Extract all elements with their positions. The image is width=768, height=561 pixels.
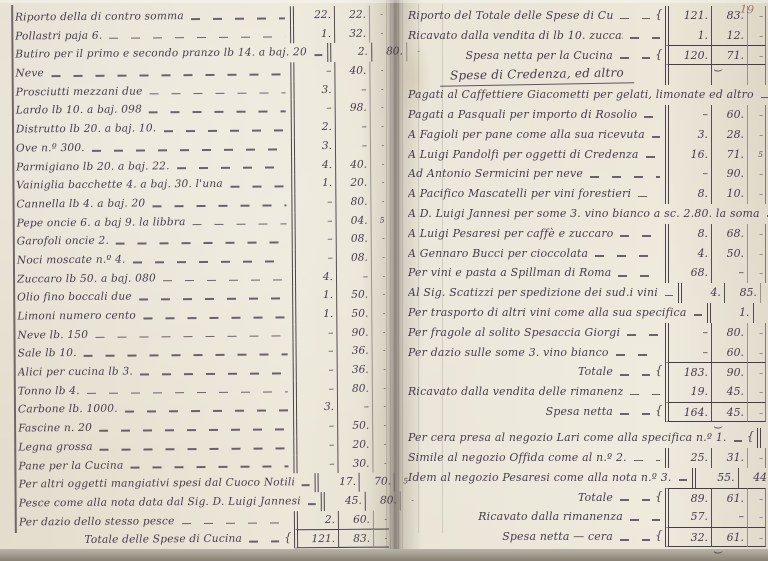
amount-frazione: – — [747, 224, 766, 244]
entry-text: Cannella lb 4. a baj. 20 — [16, 194, 145, 214]
dash-leader — [51, 73, 285, 77]
amount-scudi — [665, 65, 711, 85]
amount-frazione: – — [747, 402, 766, 422]
amount-frazione: - — [370, 192, 386, 211]
amount-scudi: – — [665, 343, 711, 363]
entry-text: Pesce come alla nota data dal Sig. D. Lu… — [19, 492, 301, 513]
dash-leader — [139, 298, 287, 301]
dash-leader — [638, 196, 660, 198]
entry-text: Sale lb 10. — [18, 344, 77, 363]
ledger-row: A Luigi Pesaresi per caffè e zuccaro8.68… — [408, 224, 766, 244]
brace-mark: { — [655, 526, 665, 546]
amount-frazione: – — [747, 6, 766, 26]
amount-frazione: - — [371, 286, 387, 305]
amount-baiocchi: 71. — [711, 145, 747, 165]
amount-baiocchi: – — [337, 398, 372, 417]
entry-text: Noci moscate n.º 4. — [17, 251, 126, 271]
amount-baiocchi: 71. — [711, 46, 747, 66]
dash-leader — [694, 314, 702, 316]
entry-text: Tonno lb 4. — [18, 382, 80, 401]
entry-text: Pagati al Caffettiere Giacometti per gel… — [408, 85, 754, 105]
amount-scudi: – — [291, 99, 335, 118]
dash-leader — [634, 460, 660, 462]
section-heading-text: Spese di Credenza, ed altro — [439, 64, 633, 87]
dash-leader — [620, 235, 660, 237]
ledger-row: Idem al negozio Pesaresi come alla nota … — [408, 468, 766, 488]
ledger-row: Ricavato dalla rimanenza57.–– — [408, 507, 766, 527]
dash-leader — [644, 116, 660, 118]
amount-scudi: 89. — [665, 488, 711, 508]
amount-baiocchi: 20. — [337, 435, 372, 454]
amount-baiocchi: 45. — [711, 382, 747, 402]
entry-text: Neve — [15, 64, 44, 83]
dash-leader — [620, 57, 650, 59]
amount-frazione: – — [747, 105, 766, 125]
amount-frazione: – — [747, 26, 766, 46]
entry-text: Pepe oncie 6. a baj 9. la libbra — [16, 213, 185, 233]
entry-text: Per dazio dello stesso pesce — [19, 512, 175, 532]
dash-leader — [143, 316, 287, 319]
amount-scudi: 1. — [292, 286, 336, 305]
entry-text: Per dazio sulle some 3. vino bianco — [408, 343, 609, 363]
amount-baiocchi: 44. — [738, 468, 768, 488]
brace-mark: { — [655, 45, 665, 65]
scan-top-edge — [0, 0, 768, 3]
amount-frazione: – — [747, 507, 766, 527]
entry-text: Totale — [408, 488, 613, 508]
amount-scudi: – — [665, 323, 711, 343]
amount-scudi: 121. — [294, 529, 338, 548]
amount-frazione: – — [747, 527, 766, 547]
amount-scudi: 164. — [665, 402, 711, 422]
dash-leader — [302, 484, 310, 486]
dash-leader — [109, 36, 285, 39]
ledger-row: Totale delle Spese di Cucina{121.83.- — [19, 529, 389, 551]
dash-leader — [140, 372, 288, 375]
amount-scudi: 1. — [290, 25, 334, 44]
amount-frazione: 5 — [370, 211, 386, 230]
amount-baiocchi: 32. — [334, 24, 369, 43]
entry-text: Neve lb. 150 — [17, 326, 88, 345]
dash-leader — [761, 97, 768, 99]
amount-frazione: - — [371, 230, 387, 249]
amount-scudi: 8. — [665, 224, 711, 244]
dash-leader — [193, 223, 287, 226]
scan-bottom-edge — [0, 549, 768, 561]
entry-text: Riporto del Totale delle Spese di Cucina — [408, 6, 613, 26]
ledger-row: Pagati al Caffettiere Giacometti per gel… — [408, 85, 766, 105]
ledger-row: A Pacifico Mascatelli per vini forestier… — [408, 184, 766, 204]
brace-mark: { — [655, 361, 665, 381]
amount-frazione: 5 — [747, 145, 766, 165]
amount-frazione: - — [370, 99, 386, 118]
ledger-row: Ricavato dalla vendita delle rimanenze19… — [408, 382, 766, 402]
entry-text: Limoni numero cento — [17, 307, 136, 327]
amount-scudi: 8. — [665, 184, 711, 204]
entry-text: Parmigiano lb 20. a baj. 22. — [16, 157, 170, 177]
entry-text: Ricavato dalla vendita delle rimanenze — [408, 382, 623, 402]
amount-frazione: - — [369, 24, 385, 43]
left-page: Riporto della di contro somma22.22.-Poll… — [0, 0, 390, 549]
entry-text: Lardo lb 10. a baj. 098 — [16, 101, 142, 121]
amount-scudi: 2. — [291, 118, 335, 137]
amount-frazione: - — [369, 80, 385, 99]
amount-baiocchi: 80. — [337, 379, 372, 398]
amount-scudi: 1. — [665, 26, 711, 46]
amount-scudi: 19. — [665, 382, 711, 402]
amount-baiocchi: 35. — [753, 303, 768, 323]
amount-scudi: 121. — [665, 6, 711, 26]
amount-baiocchi: 30. — [337, 454, 372, 473]
dash-leader — [149, 111, 286, 114]
entry-text: Totale delle Spese di Cucina — [19, 530, 242, 550]
entry-text: Pollastri paja 6. — [15, 26, 102, 45]
ledger-row: Riporto del Totale delle Spese di Cucina… — [408, 6, 766, 26]
amount-scudi: – — [665, 105, 711, 125]
entry-text: Carbone lb. 1000. — [18, 400, 118, 419]
ledger-row: Simile al negozio Offida come al n.º 2.2… — [408, 448, 766, 468]
amount-frazione: – — [747, 343, 766, 363]
entry-text: Ricavato dalla rimanenza — [408, 507, 623, 527]
ledger-row: Spesa netta{164.45.– — [408, 402, 766, 422]
dash-leader — [620, 18, 650, 20]
entry-text: Zuccaro lb 50. a baj. 080 — [17, 269, 156, 289]
entry-text: A Pacifico Mascatelli per vini forestier… — [408, 184, 631, 204]
amount-frazione: – — [747, 448, 766, 468]
dash-leader — [620, 374, 650, 376]
ledger-row: Ad Antonio Sermicini per neve–90.– — [408, 164, 766, 184]
amount-frazione: - — [370, 174, 386, 193]
entry-text: Fascine n. 20 — [18, 419, 92, 438]
amount-baiocchi: – — [335, 136, 370, 155]
dash-leader — [652, 136, 660, 138]
amount-frazione: - — [369, 6, 385, 25]
dash-leader — [620, 499, 650, 501]
amount-baiocchi: 50. — [336, 286, 371, 305]
dash-leader — [152, 204, 286, 207]
amount-baiocchi: 50. — [336, 305, 371, 324]
ledger-row: Ricavato dalla vendita di lb 10. zuccaro… — [408, 26, 766, 46]
amount-scudi: 3. — [293, 398, 337, 417]
amount-scudi: 68. — [665, 263, 711, 283]
dash-leader — [84, 354, 288, 357]
entry-text: Totale — [408, 362, 613, 382]
entry-text: Prosciutti mezzani due — [15, 82, 142, 102]
dash-leader — [87, 391, 288, 394]
brace-mark: { — [284, 529, 294, 548]
amount-frazione: - — [369, 62, 385, 81]
dash-leader — [595, 255, 660, 257]
entry-text: Ad Antonio Sermicini per neve — [408, 164, 583, 184]
entry-text: A Gennaro Bucci per cioccolata — [408, 244, 588, 264]
entry-text: A Fagioli per pane come alla sua ricevut… — [408, 125, 645, 145]
amount-baiocchi: 83. — [711, 6, 747, 26]
entry-text: A D. Luigi Jannesi per some 3. vino bian… — [408, 204, 760, 224]
dash-leader — [590, 176, 660, 178]
amount-frazione: – — [747, 125, 766, 145]
dash-leader — [679, 479, 687, 481]
amount-scudi: 32. — [665, 527, 711, 547]
amount-scudi: 2. — [294, 511, 338, 530]
entry-text: Olio fino boccali due — [17, 288, 132, 308]
amount-baiocchi: 50. — [337, 417, 372, 436]
ledger-row: Per trasporto di altri vini come alla su… — [408, 303, 766, 323]
dash-leader — [646, 156, 660, 158]
amount-scudi: – — [290, 62, 334, 81]
entry-text: Ove n.º 300. — [16, 139, 85, 158]
dash-leader — [182, 522, 289, 525]
entry-text: A Luigi Pesaresi per caffè e zuccaro — [408, 224, 613, 244]
amount-scudi: – — [292, 249, 336, 268]
entry-text: Per altri oggetti mangiativi spesi dal C… — [19, 473, 296, 494]
amount-baiocchi: 40. — [335, 155, 370, 174]
amount-baiocchi: 90. — [711, 164, 747, 184]
amount-scudi: 8. — [757, 428, 768, 448]
dash-leader — [616, 354, 660, 356]
amount-scudi: 3. — [291, 137, 335, 156]
ledger-row: Per fragole al solito Spesaccia Giorgi–8… — [408, 323, 766, 343]
amount-scudi: – — [293, 436, 337, 455]
amount-scudi: 22. — [290, 6, 334, 25]
dash-leader — [620, 413, 650, 415]
amount-baiocchi: 45. — [711, 402, 747, 422]
amount-frazione: - — [370, 155, 386, 174]
dash-leader — [99, 428, 288, 431]
entry-text: Per fragole al solito Spesaccia Giorgi — [408, 323, 620, 343]
dash-leader — [177, 167, 286, 170]
amount-scudi: – — [291, 193, 335, 212]
amount-scudi: 45. — [321, 492, 365, 511]
entry-text: Simile al negozio Offida come al n.º 2. — [408, 448, 627, 468]
dash-leader — [92, 148, 286, 151]
entry-text: Legna grossa — [18, 438, 93, 457]
ledger-row: A D. Luigi Jannesi per some 3. vino bian… — [408, 204, 766, 224]
amount-frazione: - — [370, 136, 386, 155]
brace-mark: { — [747, 427, 757, 447]
dash-leader — [95, 335, 287, 338]
amount-scudi: – — [665, 164, 711, 184]
amount-scudi: – — [293, 454, 337, 473]
amount-frazione: – — [747, 263, 766, 283]
amount-baiocchi: 98. — [335, 99, 370, 118]
dash-leader — [125, 410, 288, 413]
brace-mark: { — [655, 401, 665, 421]
amount-frazione: – — [747, 244, 766, 264]
dash-leader — [627, 334, 660, 336]
entry-text: Idem al negozio Pesaresi come alla nota … — [408, 468, 672, 488]
entry-text: Pagati a Pasquali per importo di Rosolio — [408, 105, 637, 125]
amount-scudi: 1. — [707, 303, 753, 323]
amount-baiocchi: 36. — [337, 342, 372, 361]
amount-frazione: – — [747, 488, 766, 508]
dash-leader — [665, 295, 673, 297]
entry-text: Al Sig. Scatizzi per spedizione dei sud.… — [408, 283, 658, 303]
amount-baiocchi: 60. — [338, 510, 373, 529]
amount-scudi: 3. — [665, 125, 711, 145]
dash-leader — [620, 539, 650, 541]
right-page: 19 Riporto del Totale delle Spese di Cuc… — [402, 0, 768, 549]
amount-scudi: 183. — [665, 362, 711, 382]
amount-scudi: 4. — [678, 283, 724, 303]
amount-scudi: 2. — [327, 43, 371, 62]
amount-baiocchi: 85. — [724, 283, 760, 303]
amount-baiocchi: 28. — [711, 125, 747, 145]
amount-baiocchi: – — [711, 263, 747, 283]
amount-baiocchi: 83. — [338, 529, 373, 548]
amount-frazione: – — [747, 164, 766, 184]
ledger-row: A Luigi Pandolfi per oggetti di Credenza… — [408, 145, 766, 165]
amount-frazione: - — [371, 248, 387, 267]
entry-text: Pane per la Cucina — [18, 456, 123, 476]
amount-scudi: 4. — [291, 155, 335, 174]
amount-baiocchi: – — [336, 267, 371, 286]
amount-scudi: 55. — [692, 468, 738, 488]
ledger-row: Pagati a Pasquali per importo di Rosolio… — [408, 105, 766, 125]
entry-text: Ricavato dalla vendita di lb 10. zuccaro… — [408, 26, 623, 46]
amount-scudi: 1. — [291, 174, 335, 193]
ledger-row: Spesa netta — cera{32.61.– — [408, 527, 766, 547]
entry-text: Riporto della di contro somma — [15, 7, 184, 27]
amount-baiocchi: – — [335, 118, 370, 137]
dash-leader — [163, 129, 285, 132]
amount-scudi: 1. — [292, 305, 336, 324]
amount-baiocchi: 61. — [711, 527, 747, 547]
dash-leader — [116, 242, 287, 245]
amount-scudi: 25. — [665, 448, 711, 468]
amount-baiocchi: 10. — [711, 184, 747, 204]
dash-leader — [630, 37, 660, 39]
entry-text: Per vini e pasta a Spillman di Roma — [408, 263, 611, 283]
amount-baiocchi: 68. — [711, 224, 747, 244]
ledger-row: Per dazio sulle some 3. vino bianco–60.– — [408, 343, 766, 363]
dash-leader — [630, 394, 660, 396]
dash-leader — [133, 260, 287, 263]
dash-leader — [314, 54, 322, 56]
amount-scudi: 57. — [665, 507, 711, 527]
entry-text: Alici per cucina lb 3. — [18, 363, 133, 383]
amount-frazione: – — [747, 362, 766, 382]
amount-baiocchi: 60. — [711, 105, 747, 125]
amount-frazione: – — [747, 382, 766, 402]
entry-text: Spesa netta — [408, 402, 613, 422]
amount-frazione: – — [747, 46, 766, 66]
amount-scudi: – — [293, 342, 337, 361]
dash-leader — [100, 447, 289, 450]
amount-baiocchi: 80. — [711, 323, 747, 343]
amount-baiocchi: 90. — [711, 362, 747, 382]
entry-text: Garofoli oncie 2. — [17, 232, 109, 251]
amount-frazione: - — [370, 118, 386, 137]
amount-scudi: 3. — [290, 81, 334, 100]
amount-scudi: – — [293, 417, 337, 436]
ledger-row: A Fagioli per pane come alla sua ricevut… — [408, 125, 766, 145]
ledger-row: Totale{183.90.– — [408, 362, 766, 382]
amount-baiocchi: 60. — [711, 343, 747, 363]
ledger-scan: Riporto della di contro somma22.22.-Poll… — [0, 0, 768, 561]
entry-text: Per trasporto di altri vini come alla su… — [408, 303, 687, 323]
amount-frazione: - — [371, 305, 387, 324]
entry-text: Distrutto lb 20. a baj. 10. — [16, 119, 157, 139]
amount-frazione — [747, 65, 766, 85]
amount-frazione: – — [747, 323, 766, 343]
ledger-row: Al Sig. Scatizzi per spedizione dei sud.… — [408, 283, 766, 303]
dash-leader — [630, 519, 660, 521]
amount-scudi: – — [293, 361, 337, 380]
amount-baiocchi: – — [711, 507, 747, 527]
dash-leader — [150, 92, 286, 95]
dash-leader — [249, 541, 279, 543]
amount-scudi: 16. — [665, 145, 711, 165]
amount-baiocchi: 08. — [336, 249, 371, 268]
amount-baiocchi: 31. — [711, 448, 747, 468]
amount-scudi: 120. — [665, 46, 711, 66]
amount-scudi: – — [293, 380, 337, 399]
entry-text: Per cera presa al negozio Lari come alla… — [408, 428, 727, 448]
ledger-row: Totale{89.61.– — [408, 488, 766, 508]
amount-scudi: 17. — [315, 473, 359, 492]
entry-text: Spesa netta per la Cucina — [408, 46, 613, 66]
dash-leader — [230, 185, 286, 187]
amount-baiocchi: 61. — [711, 488, 747, 508]
dash-leader — [191, 17, 285, 20]
ledger-row: A Gennaro Bucci per cioccolata4.50.– — [408, 244, 766, 264]
amount-scudi: 4. — [665, 244, 711, 264]
amount-baiocchi: 40. — [334, 62, 369, 81]
entry-text: Spesa netta — cera — [408, 527, 613, 547]
dash-leader — [618, 275, 660, 277]
entry-text: Vainiglia bacchette 4. a baj. 30. l'una — [16, 175, 223, 195]
amount-scudi: – — [292, 324, 336, 343]
amount-baiocchi: 50. — [711, 244, 747, 264]
amount-baiocchi: 36. — [337, 361, 372, 380]
amount-baiocchi: 22. — [334, 6, 369, 25]
amount-frazione: - — [371, 267, 387, 286]
amount-baiocchi: 12. — [711, 26, 747, 46]
amount-baiocchi: 08. — [336, 230, 371, 249]
dash-leader — [308, 503, 316, 505]
amount-scudi: – — [291, 212, 335, 231]
amount-scudi: 4. — [292, 268, 336, 287]
amount-baiocchi: 20. — [335, 174, 370, 193]
amount-baiocchi: – — [334, 80, 369, 99]
amount-scudi: – — [292, 230, 336, 249]
dash-leader — [734, 440, 742, 442]
entry-text: Butiro per il primo e secondo pranzo lb … — [15, 44, 307, 65]
ledger-row: Spesa netta per la Cucina{120.71.– — [408, 46, 766, 66]
ledger-row: Per vini e pasta a Spillman di Roma68.–– — [408, 263, 766, 283]
amount-frazione: – — [747, 184, 766, 204]
dash-leader — [163, 279, 287, 282]
amount-baiocchi: 80. — [335, 193, 370, 212]
amount-baiocchi: 90. — [336, 323, 371, 342]
brace-mark: { — [655, 5, 665, 25]
dash-leader — [130, 466, 288, 469]
amount-baiocchi: 04. — [335, 211, 370, 230]
amount-frazione: – — [760, 283, 768, 303]
entry-text: A Luigi Pandolfi per oggetti di Credenza — [408, 145, 639, 165]
brace-mark: { — [655, 487, 665, 507]
